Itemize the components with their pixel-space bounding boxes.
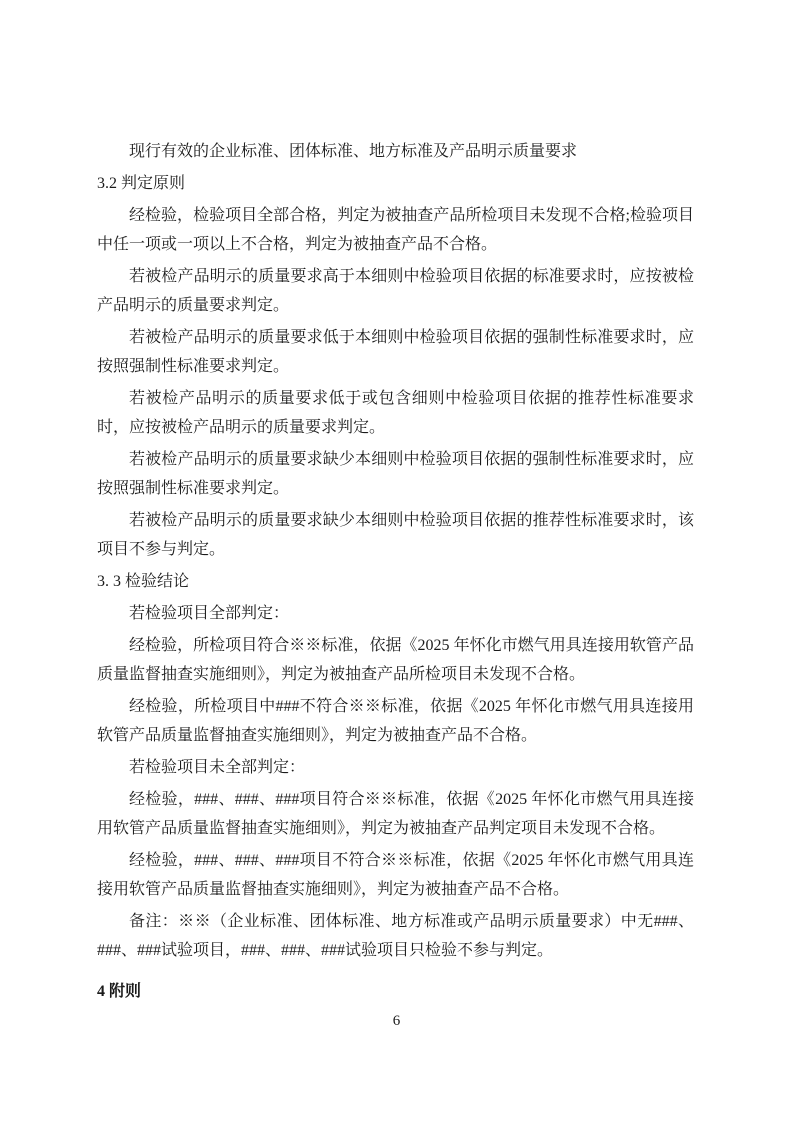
paragraph: 经检验，所检项目符合※※标准，依据《2025 年怀化市燃气用具连接用软管产品质量…	[97, 631, 694, 689]
section-heading: 4 附则	[97, 977, 694, 1006]
paragraph: 经检验，检验项目全部合格，判定为被抽查产品所检项目未发现不合格;检验项目中任一项…	[97, 201, 694, 259]
section-heading: 3.2 判定原则	[97, 169, 694, 198]
paragraph: 若被检产品明示的质量要求缺少本细则中检验项目依据的推荐性标准要求时，该项目不参与…	[97, 506, 694, 564]
document-page: 现行有效的企业标准、团体标准、地方标准及产品明示质量要求3.2 判定原则经检验，…	[0, 0, 793, 1122]
paragraph: 若检验项目全部判定：	[97, 599, 694, 628]
paragraph: 若检验项目未全部判定：	[97, 753, 694, 782]
paragraph: 经检验，###、###、###项目符合※※标准，依据《2025 年怀化市燃气用具…	[97, 785, 694, 843]
paragraph: 若被检产品明示的质量要求低于本细则中检验项目依据的强制性标准要求时，应按照强制性…	[97, 323, 694, 381]
document-body: 现行有效的企业标准、团体标准、地方标准及产品明示质量要求3.2 判定原则经检验，…	[97, 137, 694, 1009]
section-heading: 3. 3 检验结论	[97, 567, 694, 596]
page-number: 6	[0, 1010, 793, 1032]
paragraph: 现行有效的企业标准、团体标准、地方标准及产品明示质量要求	[97, 137, 694, 166]
paragraph: 若被检产品明示的质量要求缺少本细则中检验项目依据的强制性标准要求时，应按照强制性…	[97, 445, 694, 503]
paragraph: 经检验，所检项目中###不符合※※标准，依据《2025 年怀化市燃气用具连接用软…	[97, 692, 694, 750]
paragraph: 若被检产品明示的质量要求高于本细则中检验项目依据的标准要求时，应按被检产品明示的…	[97, 262, 694, 320]
paragraph: 经检验，###、###、###项目不符合※※标准，依据《2025 年怀化市燃气用…	[97, 846, 694, 904]
paragraph: 备注：※※（企业标准、团体标准、地方标准或产品明示质量要求）中无###、###、…	[97, 907, 694, 965]
paragraph: 若被检产品明示的质量要求低于或包含细则中检验项目依据的推荐性标准要求时，应按被检…	[97, 384, 694, 442]
